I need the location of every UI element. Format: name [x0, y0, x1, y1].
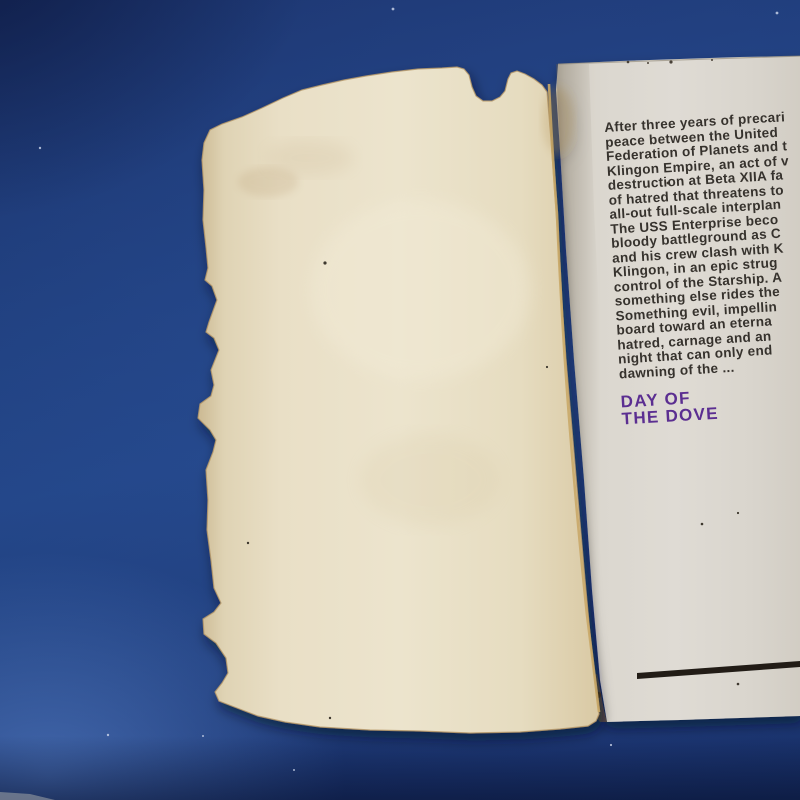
- corner-debris: [0, 792, 55, 800]
- right-page-text: After three years of precari peace betwe…: [604, 102, 800, 427]
- blurb-text: After three years of precari peace betwe…: [604, 102, 800, 382]
- photo-of-open-book: After three years of precari peace betwe…: [0, 0, 800, 800]
- torn-left-page-paper: [198, 67, 599, 733]
- torn-left-page: [198, 67, 599, 733]
